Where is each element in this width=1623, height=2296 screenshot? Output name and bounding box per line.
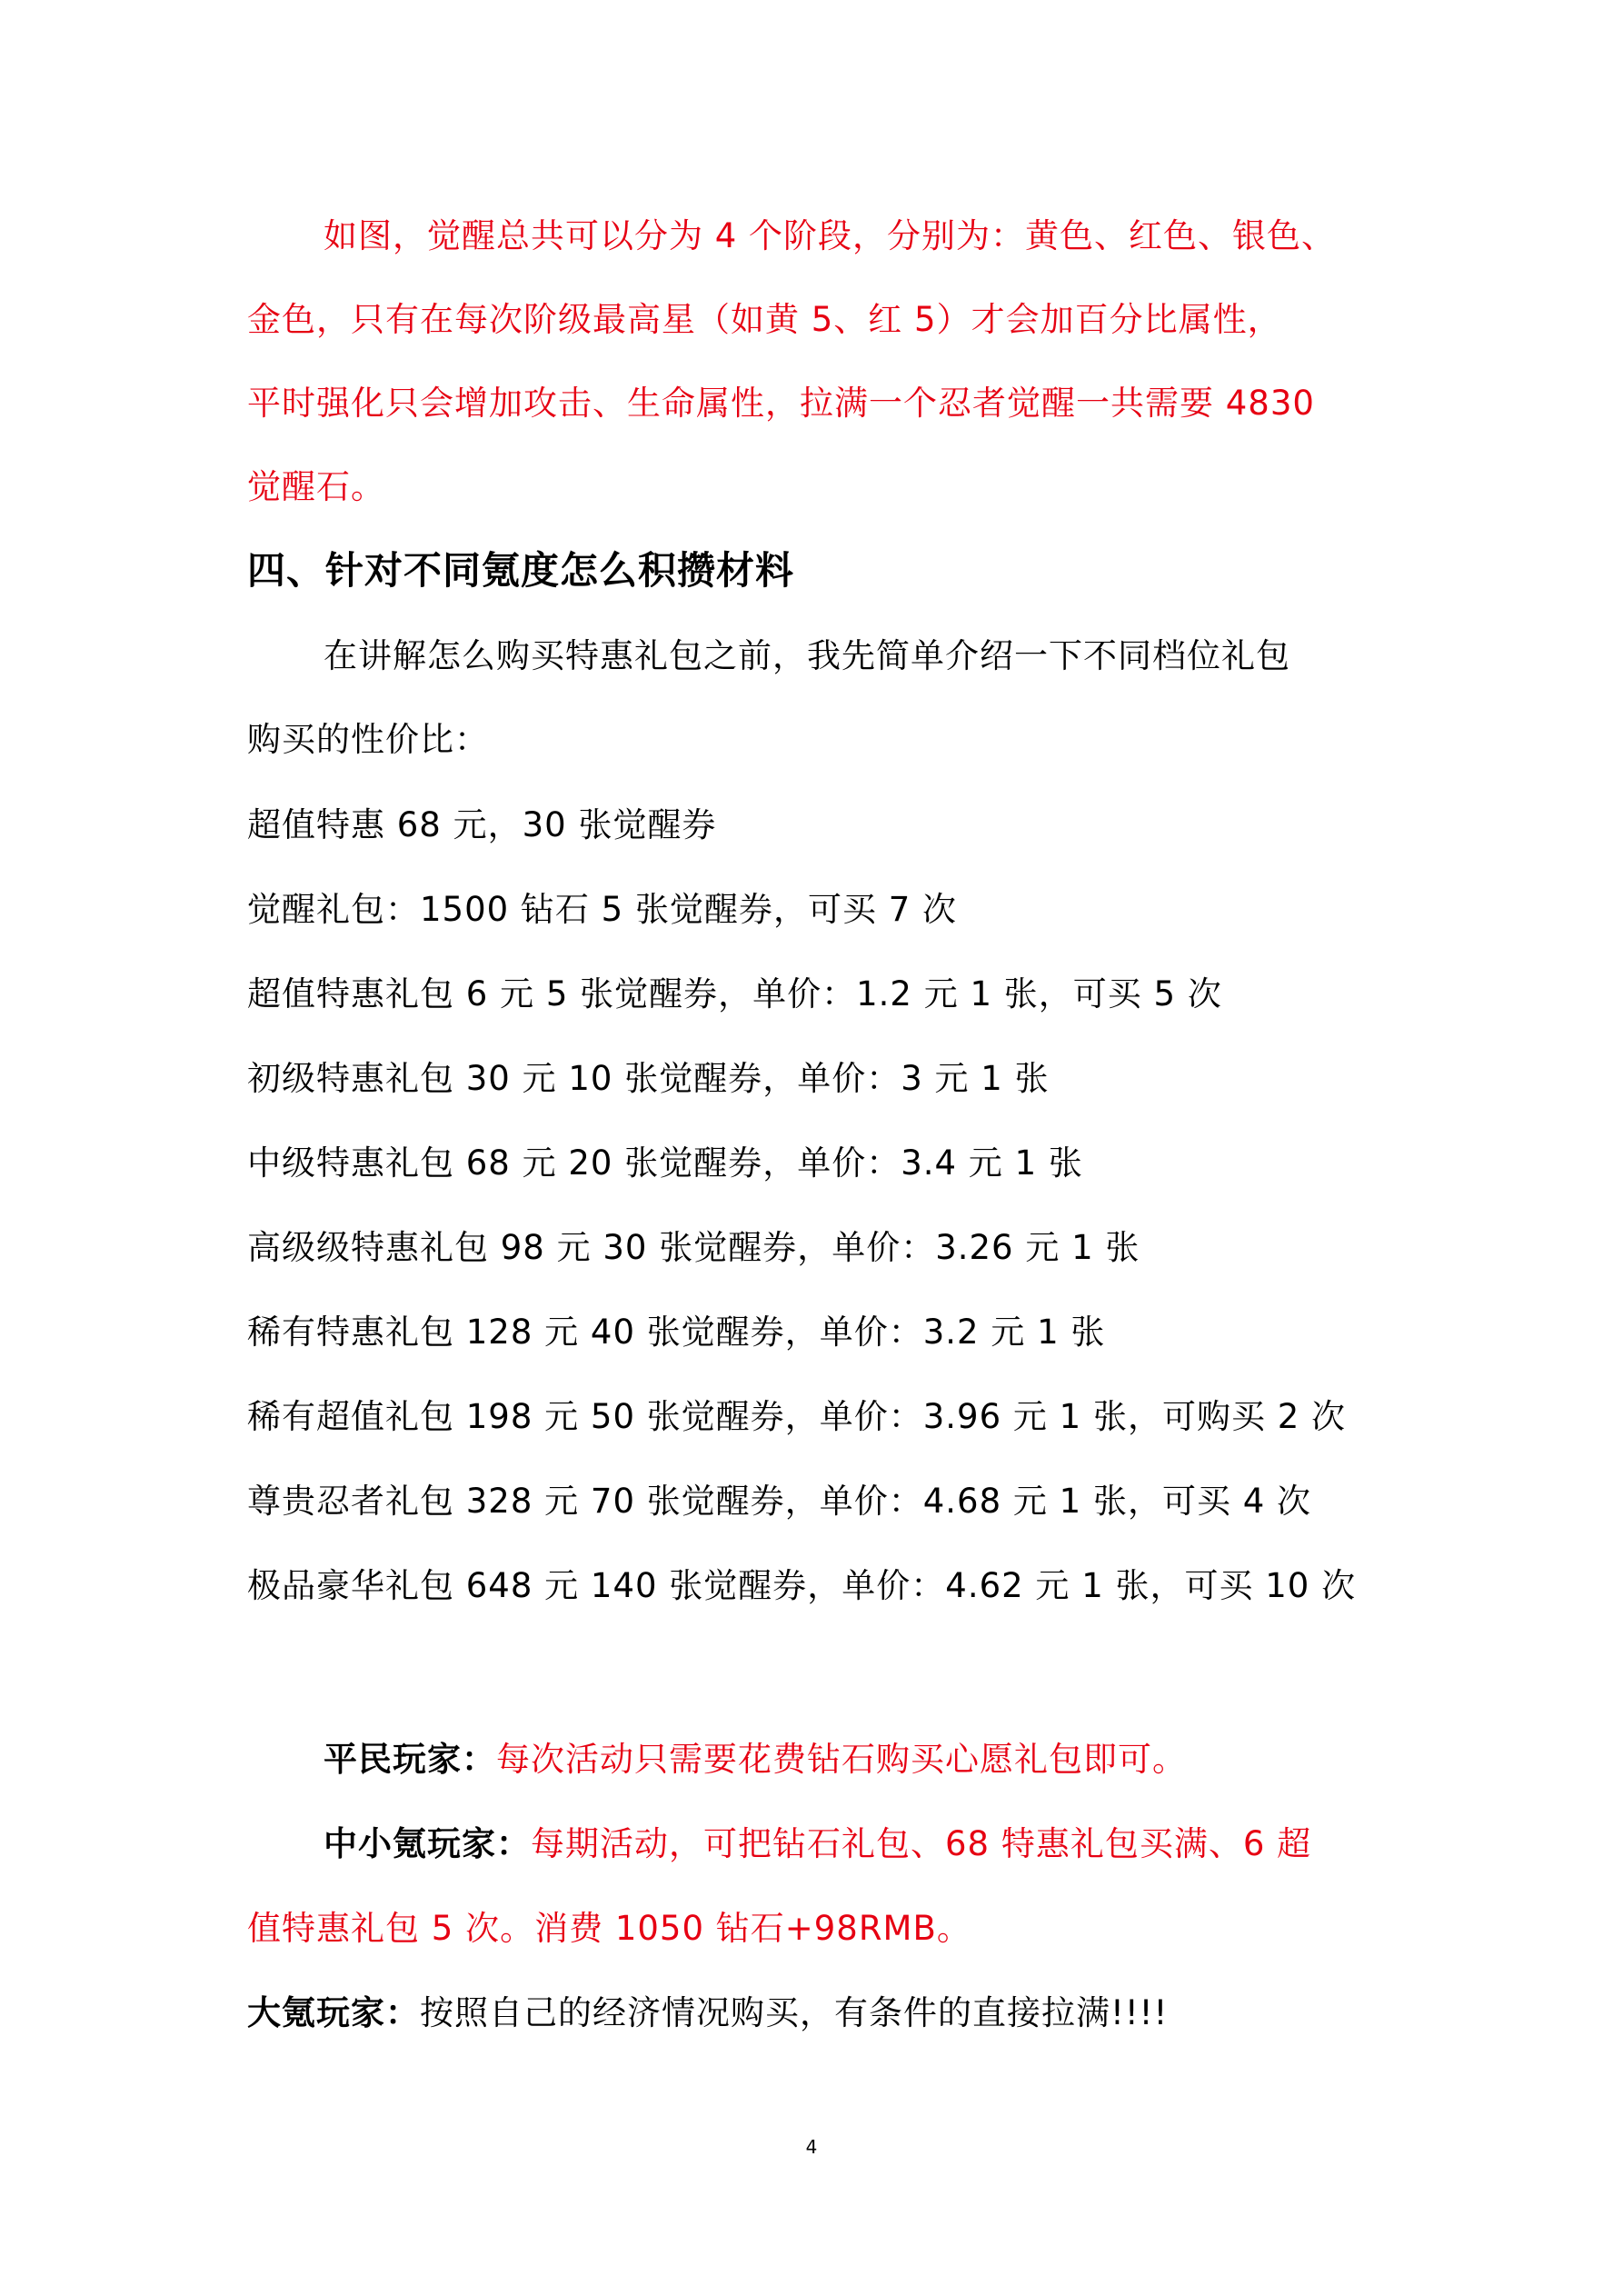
package-item: 极品豪华礼包 648 元 140 张觉醒券，单价：4.62 元 1 张，可买 1…	[247, 1564, 1356, 1608]
section-heading: 四、针对不同氪度怎么积攒材料	[247, 549, 794, 593]
tier-small-spender: 中小氪玩家：每期活动，可把钻石礼包、68 特惠礼包买满、6 超	[324, 1822, 1311, 1866]
tier-small-spender-continuation: 值特惠礼包 5 次。消费 1050 钻石+98RMB。	[247, 1907, 971, 1951]
tier-label: 中小氪玩家：	[324, 1824, 531, 1863]
package-item: 中级特惠礼包 68 元 20 张觉醒券，单价：3.4 元 1 张	[247, 1142, 1083, 1185]
tier-text: 每期活动，可把钻石礼包、68 特惠礼包买满、6 超	[531, 1824, 1311, 1863]
package-item: 稀有特惠礼包 128 元 40 张觉醒券，单价：3.2 元 1 张	[247, 1311, 1105, 1354]
page-number: 4	[0, 2136, 1623, 2158]
package-item: 超值特惠礼包 6 元 5 张觉醒券，单价：1.2 元 1 张，可买 5 次	[247, 973, 1222, 1016]
package-item: 觉醒礼包：1500 钻石 5 张觉醒券，可买 7 次	[247, 888, 957, 932]
package-item: 初级特惠礼包 30 元 10 张觉醒券，单价：3 元 1 张	[247, 1057, 1050, 1101]
tier-free-player: 平民玩家：每次活动只需要花费钻石购买心愿礼包即可。	[324, 1738, 1187, 1782]
tier-label: 平民玩家：	[324, 1740, 496, 1779]
intro-line-2: 金色，只有在每次阶级最高星（如黄 5、红 5）才会加百分比属性，	[247, 298, 1282, 342]
pricing-intro-line-1: 在讲解怎么购买特惠礼包之前，我先简单介绍一下不同档位礼包	[324, 634, 1290, 678]
package-item: 超值特惠 68 元，30 张觉醒券	[247, 804, 716, 847]
document-page: 如图，觉醒总共可以分为 4 个阶段，分别为：黄色、红色、银色、 金色，只有在每次…	[0, 0, 1623, 2296]
tier-label: 大氪玩家：	[247, 1993, 420, 2032]
intro-line-4: 觉醒石。	[247, 465, 385, 509]
package-item: 高级级特惠礼包 98 元 30 张觉醒券，单价：3.26 元 1 张	[247, 1226, 1140, 1270]
tier-text: 按照自己的经济情况购买，有条件的直接拉满!!!!	[420, 1993, 1168, 2032]
tier-text: 每次活动只需要花费钻石购买心愿礼包即可。	[496, 1740, 1187, 1779]
package-item: 尊贵忍者礼包 328 元 70 张觉醒券，单价：4.68 元 1 张，可买 4 …	[247, 1480, 1311, 1523]
intro-line-3: 平时强化只会增加攻击、生命属性，拉满一个忍者觉醒一共需要 4830	[247, 382, 1315, 425]
pricing-intro-line-2: 购买的性价比：	[247, 718, 489, 762]
package-item: 稀有超值礼包 198 元 50 张觉醒券，单价：3.96 元 1 张，可购买 2…	[247, 1395, 1346, 1439]
intro-line-1: 如图，觉醒总共可以分为 4 个阶段，分别为：黄色、红色、银色、	[324, 215, 1336, 258]
tier-big-spender: 大氪玩家：按照自己的经济情况购买，有条件的直接拉满!!!!	[247, 1992, 1168, 2035]
